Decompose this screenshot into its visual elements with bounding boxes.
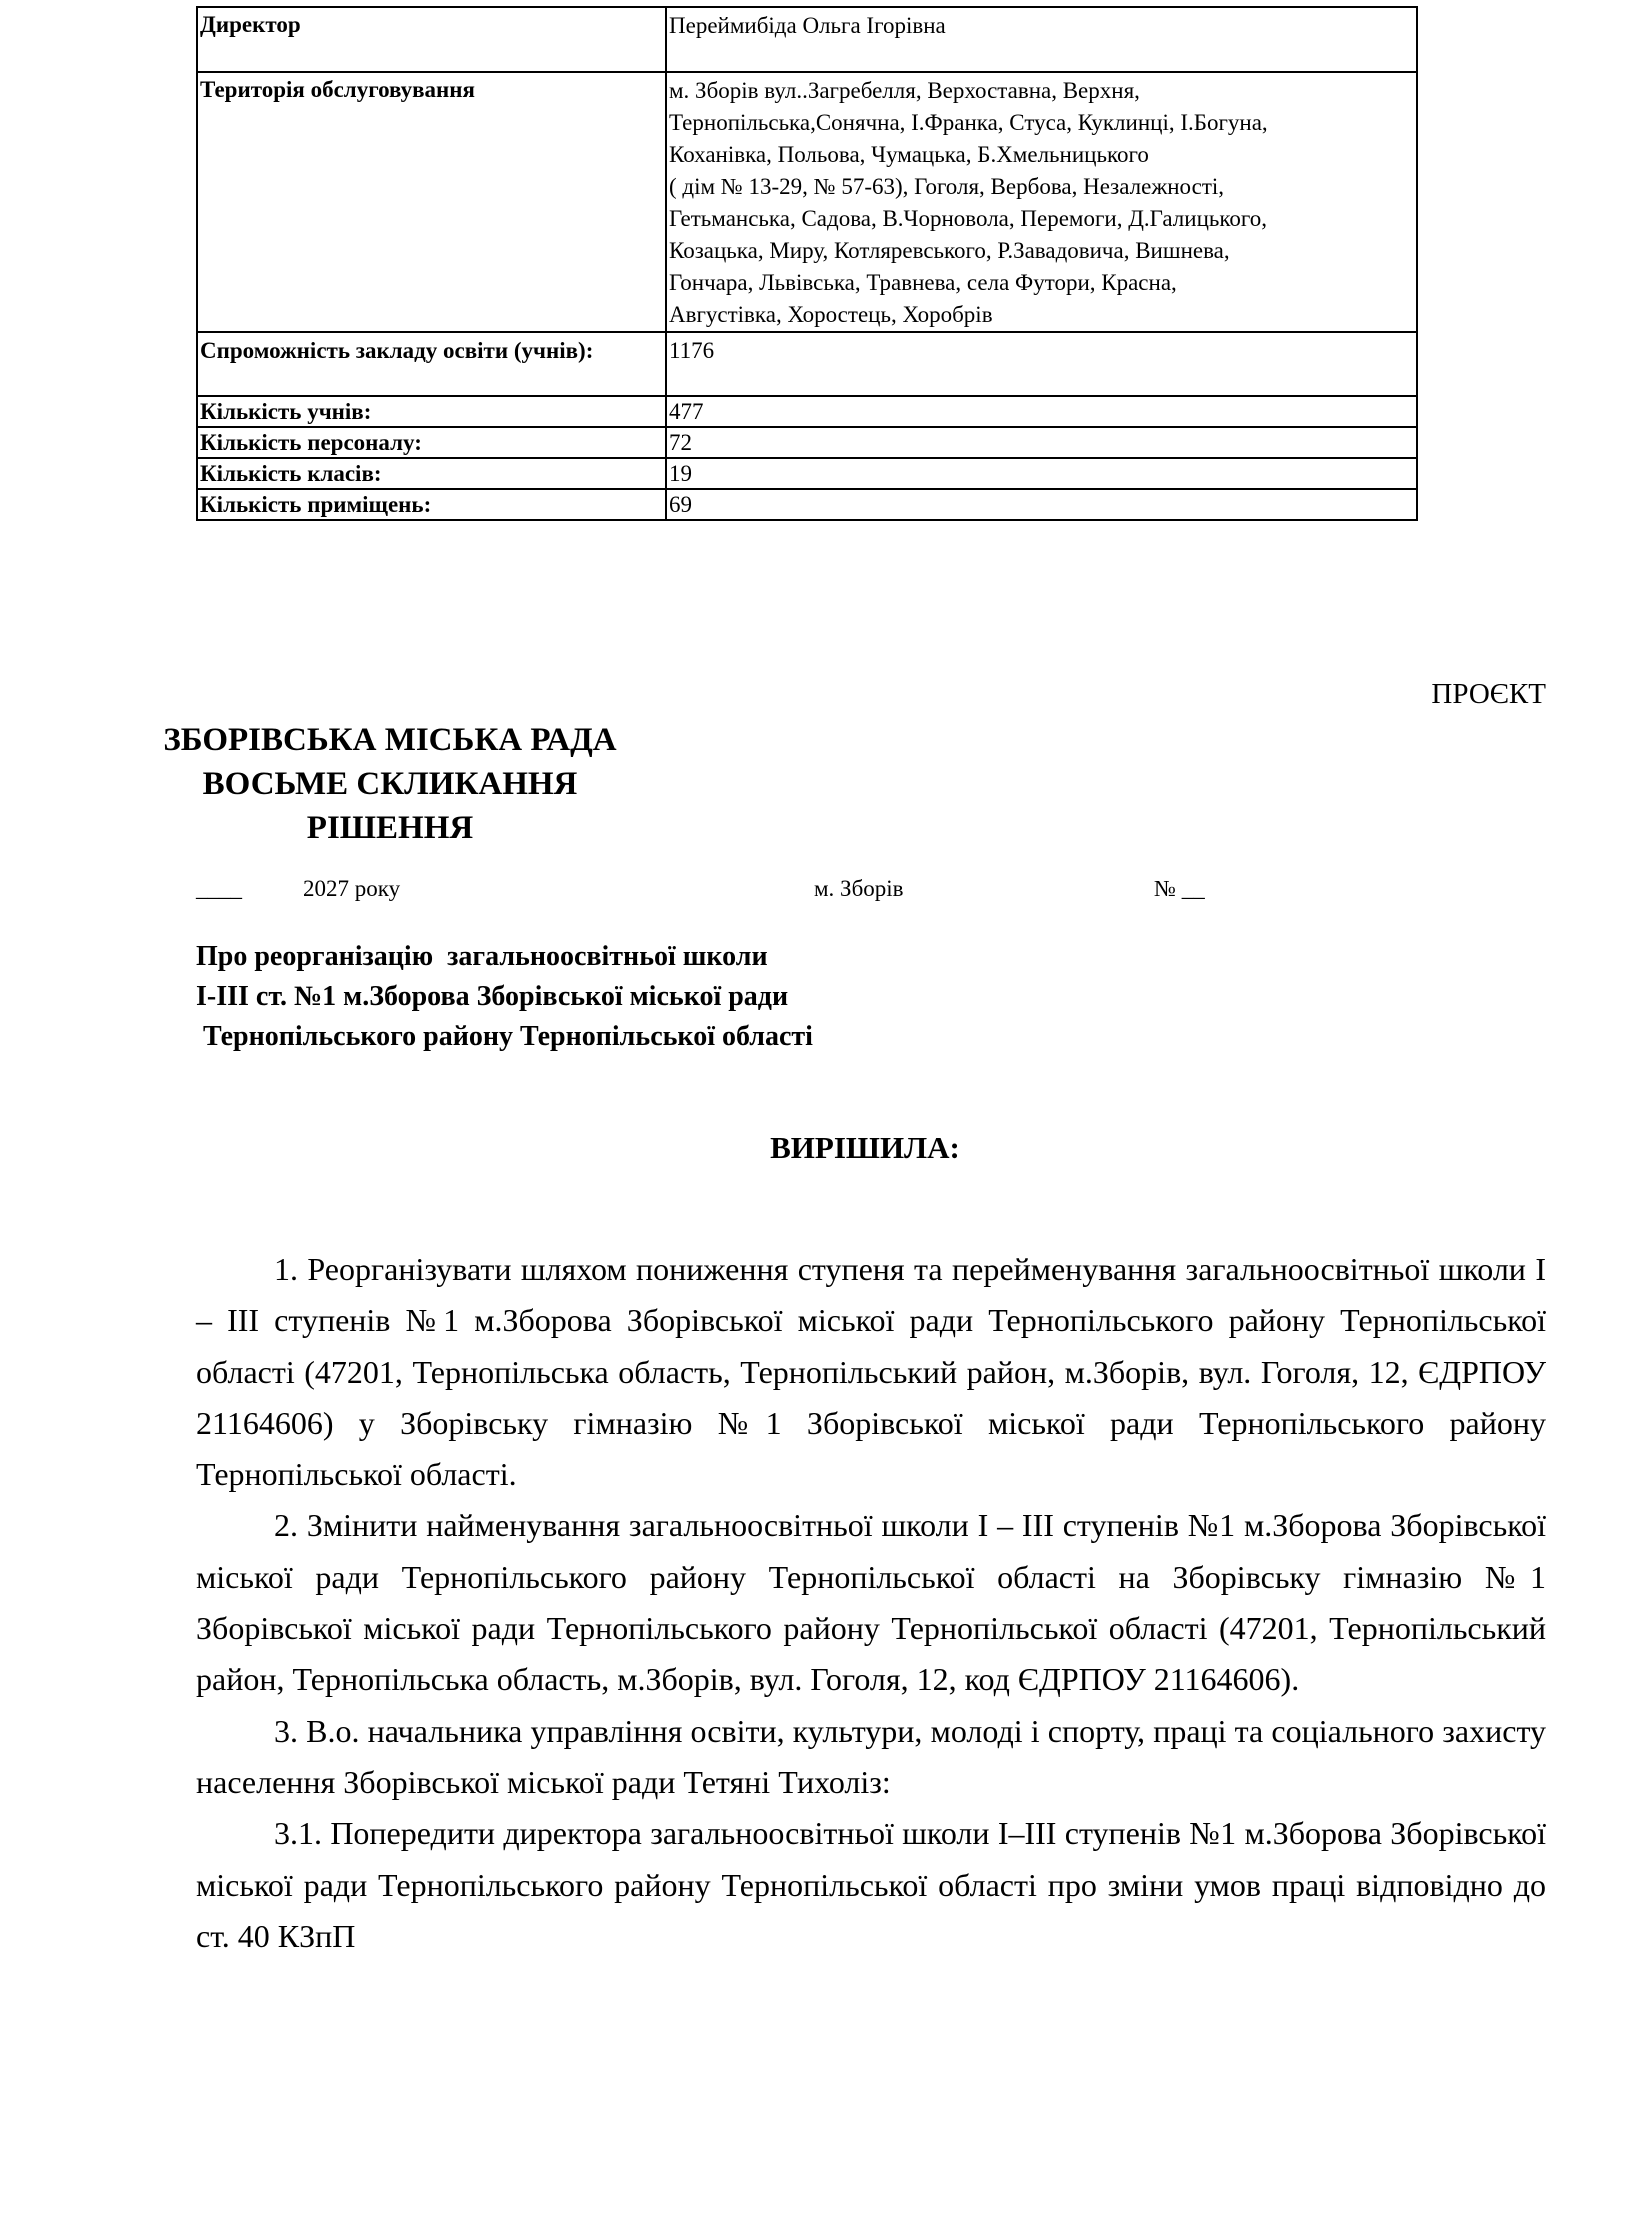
resolved-label: ВИРІШИЛА: <box>770 1128 960 1168</box>
resolved-heading: ВИРІШИЛА: <box>196 1128 1546 1168</box>
council-name: ЗБОРІВСЬКА МІСЬКА РАДА <box>0 718 1064 762</box>
territory-line: Тернопільська,Сонячна, І.Франка, Стуса, … <box>669 107 1414 139</box>
council-heading: ЗБОРІВСЬКА МІСЬКА РАДА ВОСЬМЕ СКЛИКАННЯ … <box>196 718 1546 850</box>
subject-line: Тернопільського району Тернопільської об… <box>196 1017 813 1057</box>
row-label: Територія обслуговування <box>197 72 666 332</box>
classes-value: 19 <box>666 458 1417 489</box>
director-name: Переймибіда Ольга Ігорівна <box>666 7 1417 72</box>
resolution-body: 1. Реорганізувати шляхом пониження ступе… <box>196 1244 1546 1962</box>
territory-line: Гетьманська, Садова, В.Чорновола, Перемо… <box>669 203 1414 235</box>
territory-line: м. Зборів вул..Загребелля, Верхоставна, … <box>669 75 1414 107</box>
table-row-students: Кількість учнів: 477 <box>197 396 1417 427</box>
row-label: Спроможність закладу освіти (учнів): <box>197 332 666 396</box>
table-row-director: Директор Переймибіда Ольга Ігорівна <box>197 7 1417 72</box>
decision-number: № __ <box>1154 876 1205 902</box>
resolution-item-2: 2. Змінити найменування загальноосвітньо… <box>196 1500 1546 1705</box>
city: м. Зборів <box>814 876 904 902</box>
convocation: ВОСЬМЕ СКЛИКАННЯ <box>0 762 1064 806</box>
row-label: Кількість приміщень: <box>197 489 666 520</box>
staff-value: 72 <box>666 427 1417 458</box>
row-label: Директор <box>197 7 666 72</box>
subject-line: І-ІІІ ст. №1 м.Зборова Зборівської міськ… <box>196 977 813 1017</box>
decision-subject: Про реорганізацію загальноосвітньої школ… <box>196 937 813 1057</box>
territory-value: м. Зборів вул..Загребелля, Верхоставна, … <box>666 72 1417 332</box>
table-row-rooms: Кількість приміщень: 69 <box>197 489 1417 520</box>
draft-mark: ПРОЄКТ <box>1431 678 1546 711</box>
table-row-staff: Кількість персоналу: 72 <box>197 427 1417 458</box>
school-info-table: Директор Переймибіда Ольга Ігорівна Тери… <box>196 6 1418 521</box>
table-row-capacity: Спроможність закладу освіти (учнів): 117… <box>197 332 1417 396</box>
row-label: Кількість класів: <box>197 458 666 489</box>
capacity-value: 1176 <box>666 332 1417 396</box>
territory-line: Августівка, Хоростець, Хоробрів <box>669 299 1414 331</box>
table-row-territory: Територія обслуговування м. Зборів вул..… <box>197 72 1417 332</box>
students-value: 477 <box>666 396 1417 427</box>
document-type: РІШЕННЯ <box>0 806 1064 850</box>
table-row-classes: Кількість класів: 19 <box>197 458 1417 489</box>
row-label: Кількість персоналу: <box>197 427 666 458</box>
resolution-item-3-1: 3.1. Попередити директора загальноосвітн… <box>196 1808 1546 1962</box>
territory-line: Коханівка, Польова, Чумацька, Б.Хмельниц… <box>669 139 1414 171</box>
rooms-value: 69 <box>666 489 1417 520</box>
subject-line: Про реорганізацію загальноосвітньої школ… <box>196 937 813 977</box>
row-label: Кількість учнів: <box>197 396 666 427</box>
territory-line: ( дім № 13-29, № 57-63), Гоголя, Вербова… <box>669 171 1414 203</box>
territory-line: Козацька, Миру, Котляревського, Р.Завадо… <box>669 235 1414 267</box>
resolution-item-1: 1. Реорганізувати шляхом пониження ступе… <box>196 1244 1546 1500</box>
date-year: 2027 року <box>303 876 400 902</box>
decision-meta-row: ____ 2027 року м. Зборів № __ <box>196 876 1546 906</box>
resolution-item-3: 3. В.о. начальника управління освіти, ку… <box>196 1706 1546 1809</box>
date-blank: ____ <box>196 876 242 902</box>
territory-line: Гончара, Львівська, Травнева, села Футор… <box>669 267 1414 299</box>
